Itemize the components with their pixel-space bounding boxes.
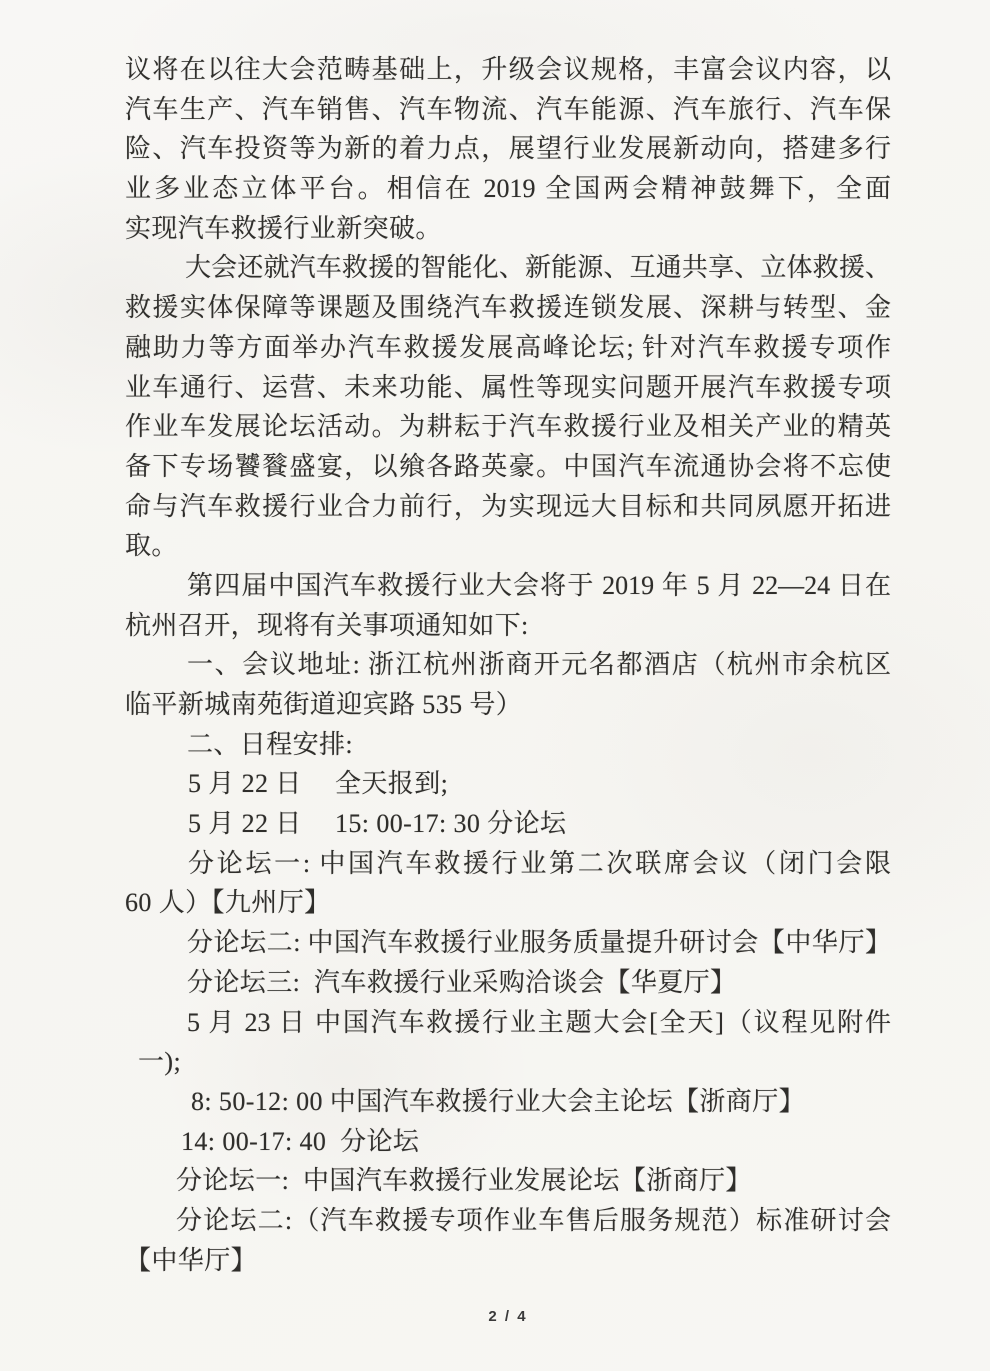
text-line: 汽车生产、汽车销售、汽车物流、汽车能源、汽车旅行、汽车保 <box>125 90 891 130</box>
text-line: 一、会议地址: 浙江杭州浙商开元名都酒店（杭州市余杭区 <box>125 645 891 685</box>
text-line: 融助力等方面举办汽车救援发展高峰论坛; 针对汽车救援专项作 <box>125 328 891 368</box>
text-line: 险、汽车投资等为新的着力点，展望行业发展新动向，搭建多行 <box>125 129 891 169</box>
text-line: 【中华厅】 <box>125 1241 891 1281</box>
text-line: 一); <box>125 1042 891 1082</box>
text-line: 实现汽车救援行业新突破。 <box>125 209 891 249</box>
text-line: 救援实体保障等课题及围绕汽车救援连锁发展、深耕与转型、金 <box>125 288 891 328</box>
text-line: 业车通行、运营、未来功能、属性等现实问题开展汽车救援专项 <box>125 368 891 408</box>
page-number: 2 / 4 <box>125 1308 891 1325</box>
text-line: 分论坛三: 汽车救援行业采购洽谈会【华夏厅】 <box>125 963 891 1003</box>
text-line: 14: 00-17: 40 分论坛 <box>125 1122 891 1162</box>
text-line: 第四届中国汽车救援行业大会将于 2019 年 5 月 22—24 日在 <box>125 566 891 606</box>
text-line: 8: 50-12: 00 中国汽车救援行业大会主论坛【浙商厅】 <box>125 1082 891 1122</box>
text-line: 作业车发展论坛活动。为耕耘于汽车救援行业及相关产业的精英 <box>125 407 891 447</box>
document-body: 议将在以往大会范畴基础上，升级会议规格，丰富会议内容，以汽车生产、汽车销售、汽车… <box>125 50 891 1280</box>
text-line: 分论坛二: 中国汽车救援行业服务质量提升研讨会【中华厅】 <box>125 923 891 963</box>
text-line: 5 月 22 日 全天报到; <box>125 764 891 804</box>
text-line: 分论坛二:（汽车救援专项作业车售后服务规范）标准研讨会 <box>125 1201 891 1241</box>
text-line: 大会还就汽车救援的智能化、新能源、互通共享、立体救援、 <box>125 248 891 288</box>
text-line: 分论坛一: 中国汽车救援行业发展论坛【浙商厅】 <box>125 1161 891 1201</box>
text-line: 临平新城南苑街道迎宾路 535 号） <box>125 685 891 725</box>
text-line: 60 人）【九州厅】 <box>125 883 891 923</box>
text-line: 业多业态立体平台。相信在 2019 全国两会精神鼓舞下，全面 <box>125 169 891 209</box>
document-page: 议将在以往大会范畴基础上，升级会议规格，丰富会议内容，以汽车生产、汽车销售、汽车… <box>0 0 990 1371</box>
text-line: 命与汽车救援行业合力前行，为实现远大目标和共同夙愿开拓进 <box>125 487 891 527</box>
text-line: 杭州召开，现将有关事项通知如下: <box>125 606 891 646</box>
text-line: 二、日程安排: <box>125 725 891 765</box>
text-line: 5 月 23 日 中国汽车救援行业主题大会[全天]（议程见附件 <box>125 1003 891 1043</box>
text-line: 备下专场饕餮盛宴，以飨各路英豪。中国汽车流通协会将不忘使 <box>125 447 891 487</box>
text-line: 取。 <box>125 526 891 566</box>
text-line: 分论坛一: 中国汽车救援行业第二次联席会议（闭门会限 <box>125 844 891 884</box>
text-line: 议将在以往大会范畴基础上，升级会议规格，丰富会议内容，以 <box>125 50 891 90</box>
text-line: 5 月 22 日 15: 00-17: 30 分论坛 <box>125 804 891 844</box>
